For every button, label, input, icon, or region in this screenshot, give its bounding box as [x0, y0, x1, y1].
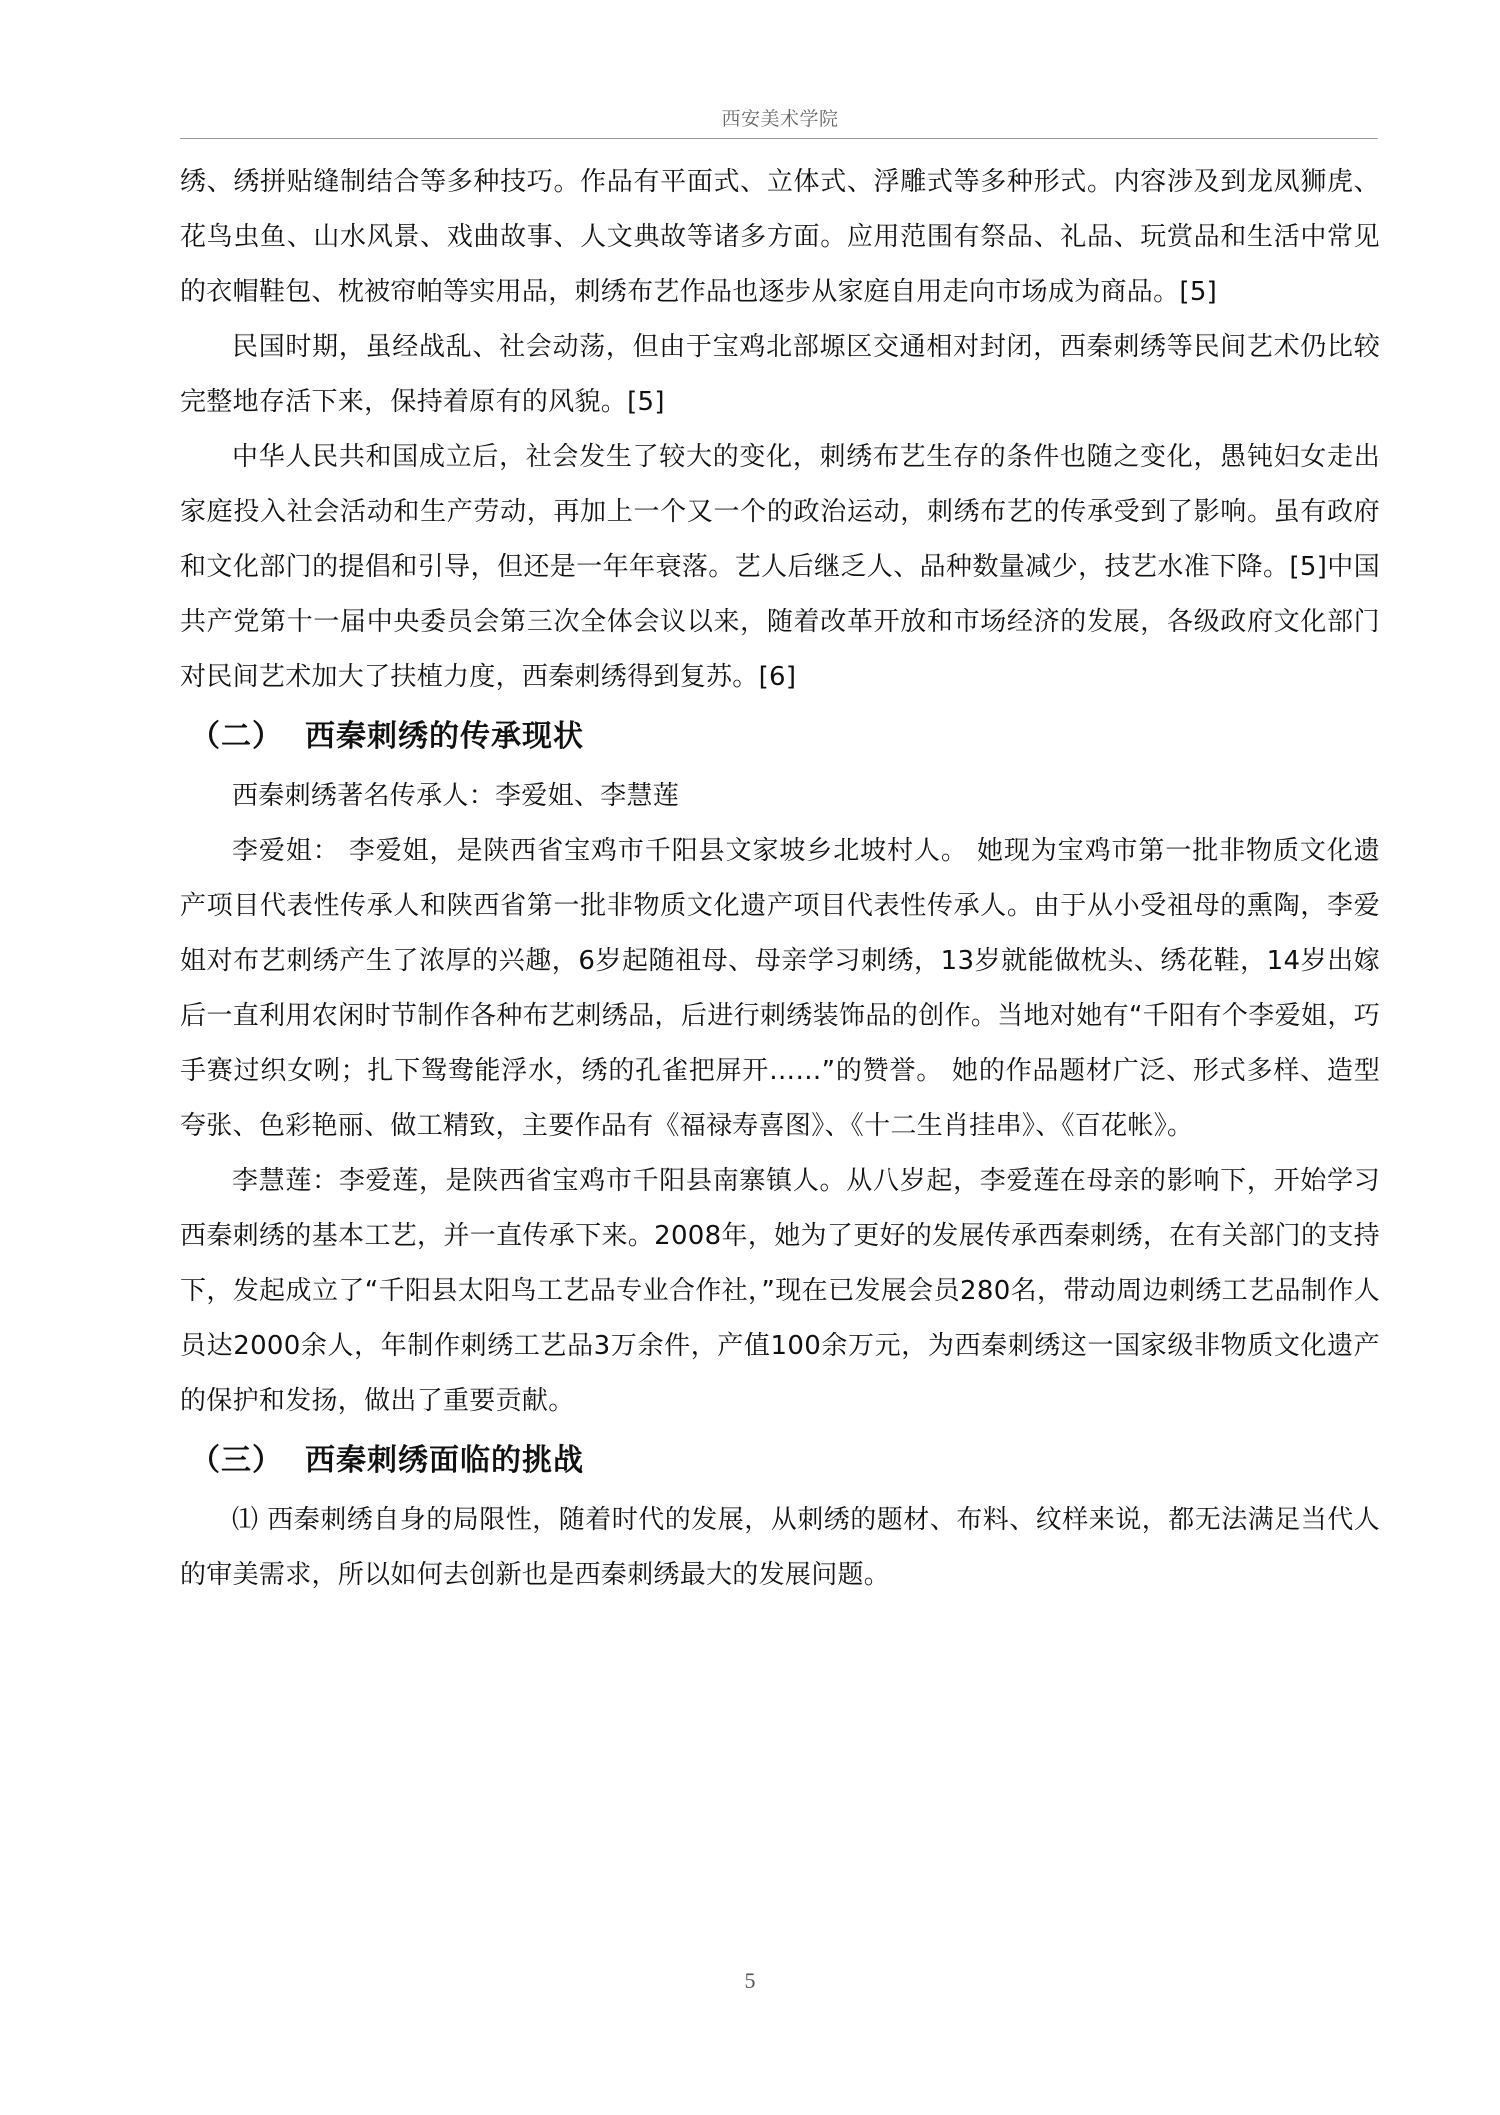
section-heading-inheritance-status: （二）西秦刺绣的传承现状	[180, 705, 1380, 769]
paragraph-li-aijie: 李爱姐： 李爱姐，是陕西省宝鸡市千阳县文家坡乡北坡村人。 她现为宝鸡市第一批非物…	[180, 824, 1380, 1154]
paragraph-challenge-1: ⑴ 西秦刺绣自身的局限性，随着时代的发展，从刺绣的题材、布料、纹样来说，都无法满…	[180, 1493, 1380, 1603]
paragraph-li-huilian: 李慧莲：李爱莲，是陕西省宝鸡市千阳县南寨镇人。从八岁起，李爱莲在母亲的影响下，开…	[180, 1154, 1380, 1429]
page-body: 绣、绣拼贴缝制结合等多种技巧。作品有平面式、立体式、浮雕式等多种形式。内容涉及到…	[180, 155, 1380, 1603]
section-heading-challenges: （三）西秦刺绣面临的挑战	[180, 1429, 1380, 1493]
paragraph-embroidery-techniques: 绣、绣拼贴缝制结合等多种技巧。作品有平面式、立体式、浮雕式等多种形式。内容涉及到…	[180, 155, 1380, 320]
section-number: （三）	[190, 1443, 283, 1478]
section-number: （二）	[190, 719, 283, 754]
page-number: 5	[0, 1968, 1500, 1994]
section-title: 西秦刺绣面临的挑战	[305, 1443, 584, 1478]
header-divider	[180, 138, 1378, 139]
section-title: 西秦刺绣的传承现状	[305, 719, 584, 754]
running-header: 西安美术学院	[180, 104, 1380, 131]
paragraph-prc-era: 中华人民共和国成立后，社会发生了较大的变化，刺绣布艺生存的条件也随之变化，愚钝妇…	[180, 430, 1380, 705]
paragraph-republic-era: 民国时期，虽经战乱、社会动荡，但由于宝鸡北部塬区交通相对封闭，西秦刺绣等民间艺术…	[180, 320, 1380, 430]
paragraph-famous-inheritors: 西秦刺绣著名传承人：李爱姐、李慧莲	[180, 769, 1380, 824]
